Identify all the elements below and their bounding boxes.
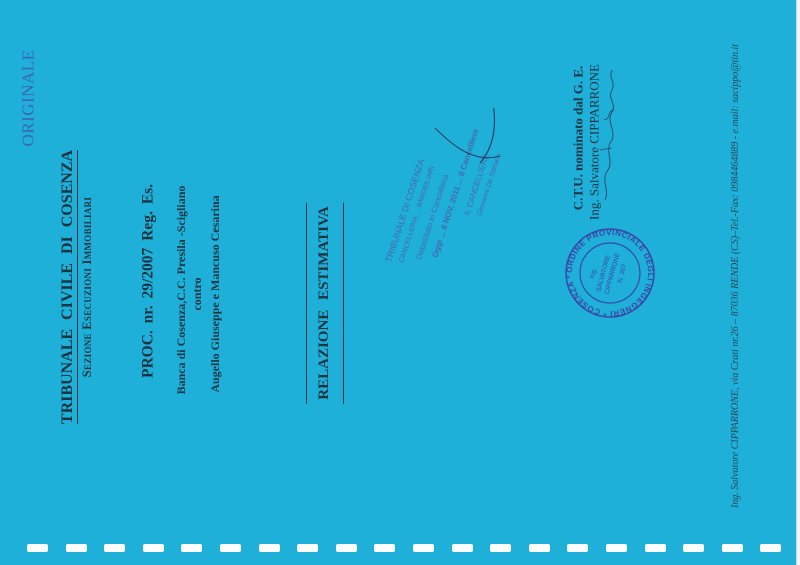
footer-contact: Ing. Salvatore CIPPARRONE, via Crati nr.…: [731, 44, 741, 508]
seal-center-line: Ing.: [589, 267, 599, 279]
engineers-order-seal: ORDINE PROVINCIALE DEGLI INGEGNERI * COS…: [558, 228, 662, 318]
report-cover-page: ORIGINALE TRIBUNALE CIVILE DI COSENZA Se…: [0, 0, 797, 565]
seal-center-line: N. 307: [617, 263, 629, 284]
handwritten-signature: [0, 0, 800, 565]
